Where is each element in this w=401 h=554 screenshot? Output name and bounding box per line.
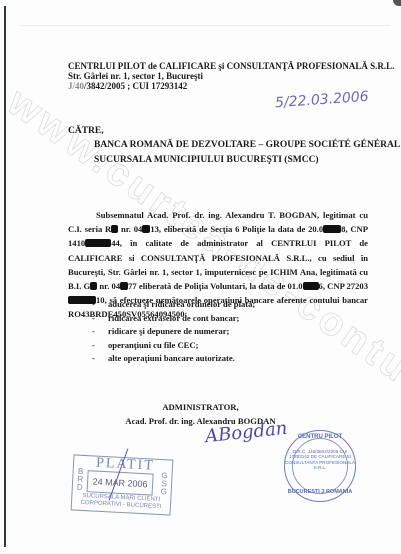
handwritten-reference: 5/22.03.2006 [275, 89, 370, 112]
company-address: Str. Gârlei nr. 1, sector 1, Bucureşti [68, 71, 394, 81]
page-corner [393, 0, 401, 6]
bank-name: BANCA ROMANĂ DE DEZVOLTARE – GROUPE SOCI… [94, 138, 400, 153]
signatory-title: ADMINISTRATOR, [0, 402, 401, 412]
recipient-label: CĂTRE, [68, 126, 104, 136]
signatory-name: Acad. Prof. dr. ing. Alexandru BOGDAN [0, 416, 401, 426]
list-item: -aducerea şi ridicarea ordinelor de plat… [92, 298, 255, 312]
stamp-bottom-text: BUCURESTI 3 ROMANIA [285, 489, 355, 495]
page-edge-line [4, 6, 6, 547]
stamp-branch: SUCURSALA MARI CLIENTI CORPORATIVI - BUC… [74, 493, 169, 512]
operations-list: -aducerea şi ridicarea ordinelor de plat… [92, 298, 255, 366]
stamp-date: 24 MAR 2006 [87, 470, 154, 495]
list-item: -ridicarea extraselor de cont bancar; [92, 312, 255, 326]
list-item: -ridicare şi depunere de numerar; [92, 325, 255, 339]
bank-branch: SUCURSALA MUNICIPIULUI BUCUREŞTI (SMCC) [94, 153, 400, 168]
redaction [303, 282, 319, 290]
letterhead: CENTRLUI PILOT de CALIFICARE şi CONSULTA… [68, 61, 394, 91]
stamp-top-text: CENTRU PILOT [285, 434, 355, 440]
company-round-stamp: CENTRU PILOT O.R.C. J40/3842/2005 CUI 17… [284, 430, 356, 502]
redaction [120, 282, 128, 290]
page-top-line [20, 25, 390, 26]
redaction [323, 225, 341, 233]
recipient-bank: BANCA ROMANĂ DE DEZVOLTARE – GROUPE SOCI… [94, 138, 400, 168]
stamp-left: B R D [76, 468, 85, 492]
redaction [85, 239, 111, 247]
stamp-middle-text: O.R.C. J40/3842/2005 CUI 17293142 DE CAL… [285, 449, 355, 471]
stamp-right: G S G [159, 472, 168, 496]
company-name: CENTRLUI PILOT de CALIFICARE şi CONSULTA… [68, 61, 394, 71]
list-item: -alte operaţiuni bancare autorizate. [92, 352, 255, 366]
list-item: -operanţiuni cu file CEC; [92, 339, 255, 353]
